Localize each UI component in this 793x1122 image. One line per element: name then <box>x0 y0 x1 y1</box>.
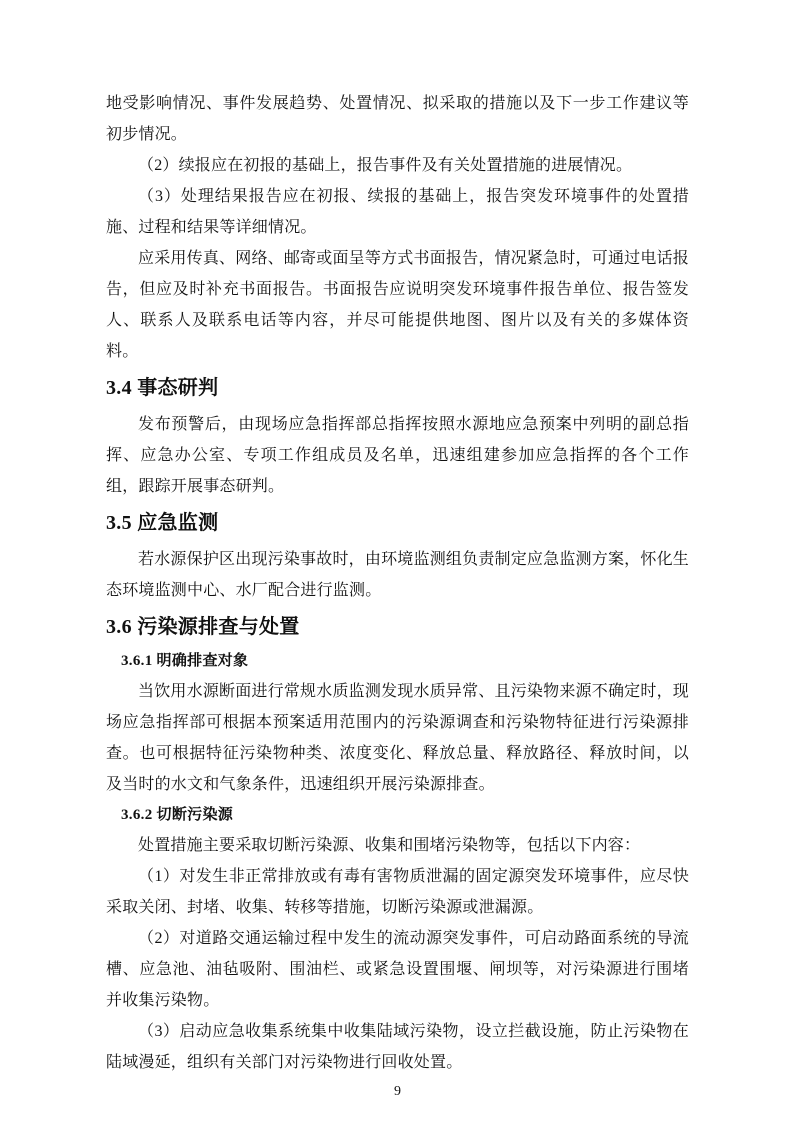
paragraph-continued-from-previous-page: 地受影响情况、事件发展趋势、处置情况、拟采取的措施以及下一步工作建议等初步情况。 <box>106 88 689 150</box>
subsection-heading-3-6-1: 3.6.1 明确排查对象 <box>121 648 689 674</box>
paragraph-report-methods: 应采用传真、网络、邮寄或面呈等方式书面报告，情况紧急时，可通过电话报告，但应及时… <box>106 243 689 367</box>
section-heading-3-5: 3.5 应急监测 <box>106 508 689 538</box>
paragraph-situation-assessment: 发布预警后，由现场应急指挥部总指挥按照水源地应急预案中列明的副总指挥、应急办公室… <box>106 409 689 502</box>
page-number: 9 <box>106 1082 689 1102</box>
paragraph-identify-investigation-targets: 当饮用水源断面进行常规水质监测发现水质异常、且污染物来源不确定时，现场应急指挥部… <box>106 676 689 800</box>
paragraph-cutoff-intro: 处置措施主要采取切断污染源、收集和围堵污染物等，包括以下内容： <box>106 830 689 861</box>
paragraph-item-2-followup-report: （2）续报应在初报的基础上，报告事件及有关处置措施的进展情况。 <box>106 150 689 181</box>
paragraph-emergency-monitoring: 若水源保护区出现污染事故时，由环境监测组负责制定应急监测方案，怀化生态环境监测中… <box>106 544 689 606</box>
document-page: 地受影响情况、事件发展趋势、处置情况、拟采取的措施以及下一步工作建议等初步情况。… <box>0 0 793 1122</box>
section-heading-3-4: 3.4 事态研判 <box>106 373 689 403</box>
paragraph-measure-3-collection-system: （3）启动应急收集系统集中收集陆域污染物，设立拦截设施，防止污染物在陆域漫延，组… <box>106 1016 689 1078</box>
subsection-heading-3-6-2: 3.6.2 切断污染源 <box>121 802 689 828</box>
paragraph-item-3-result-report: （3）处理结果报告应在初报、续报的基础上，报告突发环境事件的处置措施、过程和结果… <box>106 181 689 243</box>
section-heading-3-6: 3.6 污染源排查与处置 <box>106 612 689 642</box>
paragraph-measure-2-mobile-source: （2）对道路交通运输过程中发生的流动源突发事件，可启动路面系统的导流槽、应急池、… <box>106 923 689 1016</box>
paragraph-measure-1-fixed-source: （1）对发生非正常排放或有毒有害物质泄漏的固定源突发环境事件，应尽快采取关闭、封… <box>106 861 689 923</box>
